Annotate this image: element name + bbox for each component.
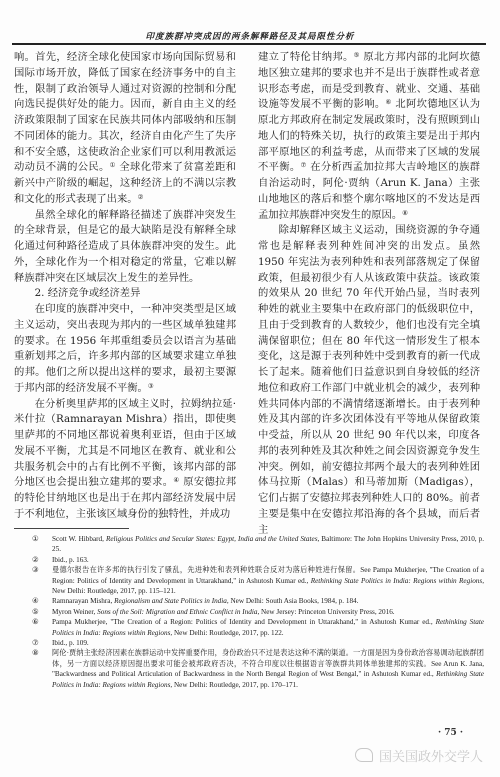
footnote-ref[interactable]: ⑧ — [402, 209, 408, 217]
footnote-number: ② — [32, 555, 39, 565]
running-header: 印度族群冲突成因的两条解释路径及其局限性分析 — [0, 30, 500, 42]
footnote-text: Ramnarayan Mishra, — [52, 597, 114, 605]
footnote-item: ⑧ 阿伦·贾纳主张经济因素在族群运动中发挥重要作用，身份政治只不过是表达这种不满… — [32, 648, 484, 690]
footnote-text: , New Delhi: South Asia Books, 1984, p. … — [227, 597, 359, 605]
footnote-number: ⑥ — [32, 617, 39, 627]
footnote-item: ④ Ramnarayan Mishra, Regionalism and Sta… — [32, 596, 484, 606]
left-column: 响。首先，经济全球化使国家市场向国际贸易和国际市场开放，降低了国家在经济事务中的… — [14, 50, 236, 523]
footnote-title: Rethinking State Politics in India: Regi… — [311, 577, 482, 585]
footnote-number: ① — [32, 534, 39, 544]
footnote-text: Myron Weiner, — [52, 608, 97, 616]
footnote-ref[interactable]: ③ — [148, 382, 154, 390]
watermark: 国关国政外交学人 — [355, 744, 490, 766]
footnote-title: Religious Politics and Secular States: E… — [106, 535, 318, 543]
footnote-item: ③ 曼德尔报告在许多邦的执行引发了骚乱，先进种姓和表列种姓联合反对为落后种姓进行… — [32, 565, 484, 596]
paragraph: 除却解释区域主义运动，围绕资源的争夺通常也是解释表列种姓间冲突的出发点。虽然 1… — [258, 223, 480, 538]
section-subheading: 2. 经济竞争或经济差异 — [14, 286, 236, 302]
footnote-item: ② Ibid., p. 163. — [32, 555, 484, 565]
paragraph: 虽然全球化的解释路径描述了族群冲突发生的全球背景，但是它的最大缺陷是没有解释全球… — [14, 208, 236, 287]
footnote-number: ⑦ — [32, 638, 39, 648]
footnote-separator — [14, 528, 129, 529]
page-number: · 75 · — [438, 728, 463, 738]
watermark-text: 国关国政外交学人 — [379, 746, 483, 765]
footnote-number: ⑤ — [32, 607, 39, 617]
paragraph: 响。首先，经济全球化使国家市场向国际贸易和国际市场开放，降低了国家在经济事务中的… — [14, 50, 236, 208]
footnotes: ① Scott W. Hibbard, Religious Politics a… — [32, 534, 484, 690]
document-page: 印度族群冲突成因的两条解释路径及其局限性分析 响。首先，经济全球化使国家市场向国… — [0, 0, 500, 777]
footnote-text: , New Jersey: Princeton University Press… — [257, 608, 394, 616]
wechat-icon — [355, 748, 373, 762]
footnote-item: ⑥ Pampa Mukherjee, "The Creation of a Re… — [32, 617, 484, 638]
footnote-title: Regionalism and State Politics in India — [114, 597, 227, 605]
footnote-text: 阿伦·贾纳主张经济因素在族群运动中发挥重要作用，身份政治只不过是表达这种不满的渠… — [52, 649, 484, 678]
body-text: 在分析奥里萨邦的区域主义时，拉姆纳拉延·米什拉（Ramnarayan Mishr… — [14, 398, 236, 489]
paragraph: 在印度的族群冲突中，一种冲突类型是区域主义运动，突出表现为邦内的一些区域单独建邦… — [14, 302, 236, 397]
footnote-text: , New Delhi: Routledge, 2017, pp. 122. — [170, 629, 283, 637]
footnote-title: Sons of the Soil: Migration and Ethnic C… — [97, 608, 257, 616]
body-text: 建立了特伦甘纳邦。 — [258, 51, 354, 63]
footnote-item: ⑤ Myron Weiner, Sons of the Soil: Migrat… — [32, 607, 484, 617]
footnote-number: ④ — [32, 596, 39, 606]
footnote-number: ③ — [32, 565, 39, 575]
body-text: 在印度的族群冲突中，一种冲突类型是区域主义运动，突出表现为邦内的一些区域单独建邦… — [14, 303, 236, 394]
footnote-text: Pampa Mukherjee, "The Creation of a Regi… — [52, 618, 436, 626]
header-rule — [12, 43, 486, 45]
footnote-item: ⑦ Ibid., p. 109. — [32, 638, 484, 648]
footnote-item: ① Scott W. Hibbard, Religious Politics a… — [32, 534, 484, 555]
footnote-ref[interactable]: ② — [138, 193, 144, 201]
paragraph: 建立了特伦甘纳邦。⑤ 原北方邦内部的北阿坎德地区独立建邦的要求也并不是出于族群性… — [258, 50, 480, 223]
footnote-text: , New Delhi: Routledge, 2017, pp. 170–17… — [170, 681, 298, 689]
footnote-number: ⑧ — [32, 648, 39, 658]
paragraph: 在分析奥里萨邦的区域主义时，拉姆纳拉延·米什拉（Ramnarayan Mishr… — [14, 397, 236, 523]
footnote-text: Ibid., p. 163. — [52, 556, 89, 564]
footnote-text: Scott W. Hibbard, — [52, 535, 106, 543]
footnote-text: Ibid., p. 109. — [52, 639, 89, 647]
right-column: 建立了特伦甘纳邦。⑤ 原北方邦内部的北阿坎德地区独立建邦的要求也并不是出于族群性… — [258, 50, 480, 538]
body-text: 响。首先，经济全球化使国家市场向国际贸易和国际市场开放，降低了国家在经济事务中的… — [14, 51, 236, 173]
